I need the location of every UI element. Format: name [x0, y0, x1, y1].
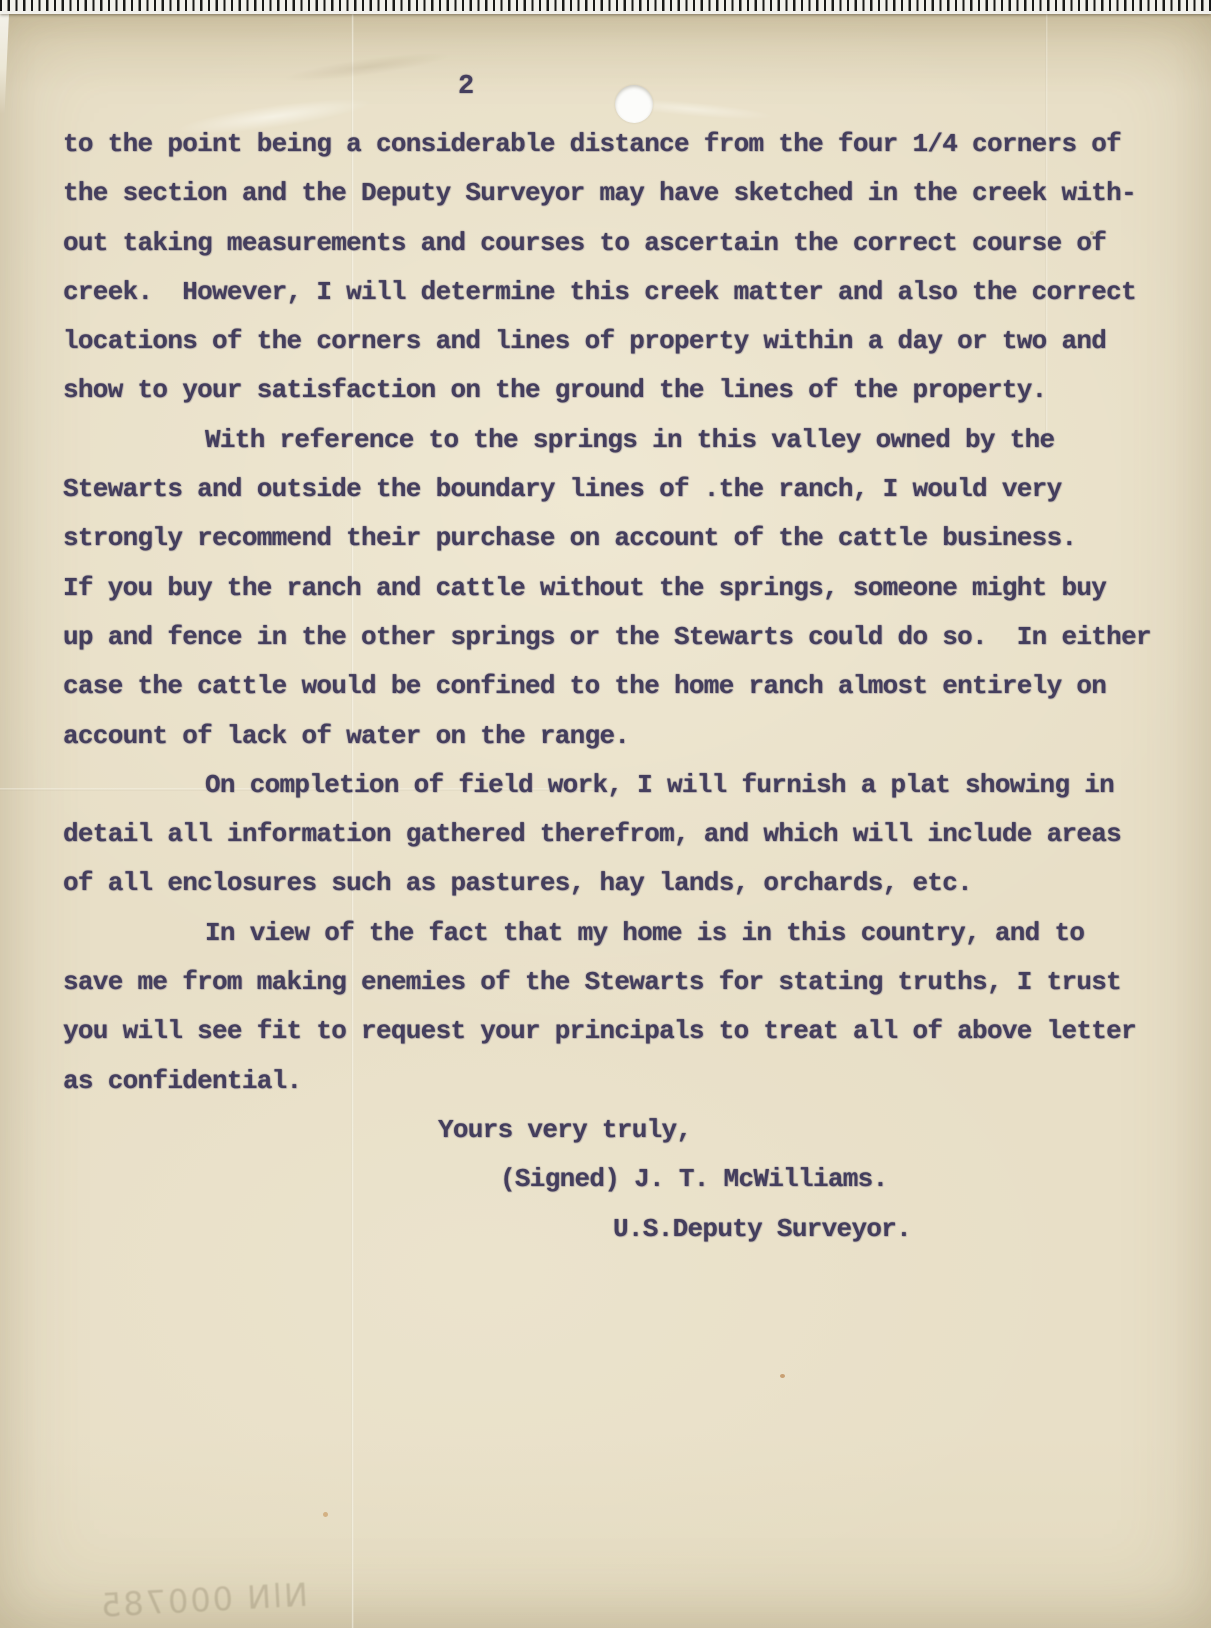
letter-line: show to your satisfaction on the ground … — [63, 366, 1153, 415]
letter-line: as confidential. — [63, 1057, 1153, 1106]
letter-line: account of lack of water on the range. — [63, 712, 1153, 761]
letter-line: of all enclosures such as pastures, hay … — [63, 859, 1153, 908]
letter-line: you will see fit to request your princip… — [63, 1007, 1153, 1056]
letter-line: up and fence in the other springs or the… — [63, 613, 1153, 662]
letter-line: out taking measurements and courses to a… — [63, 219, 1153, 268]
paper-sheet: 2 to the point being a considerable dist… — [0, 14, 1211, 1628]
scanned-letter-page: 2 to the point being a considerable dist… — [0, 0, 1211, 1628]
letter-line: On completion of field work, I will furn… — [63, 761, 1153, 810]
letter-body: to the point being a considerable distan… — [63, 120, 1153, 1254]
page-number: 2 — [458, 72, 474, 102]
signature-line: (Signed) J. T. McWilliams. — [63, 1155, 1153, 1204]
pencil-bleedthrough-number: NlN 000785 — [67, 1576, 309, 1627]
letter-line: to the point being a considerable distan… — [63, 120, 1153, 169]
letter-line: In view of the fact that my home is in t… — [63, 909, 1153, 958]
letter-line: detail all information gathered therefro… — [63, 810, 1153, 859]
letter-line: the section and the Deputy Surveyor may … — [63, 169, 1153, 218]
letter-line: save me from making enemies of the Stewa… — [63, 958, 1153, 1007]
letter-line: If you buy the ranch and cattle without … — [63, 564, 1153, 613]
scanner-edge-sliver — [0, 14, 9, 114]
paper-speck — [780, 1374, 785, 1378]
signature-title-line: U.S.Deputy Surveyor. — [63, 1205, 1153, 1254]
scanner-ruler-strip — [0, 0, 1211, 14]
letter-line: locations of the corners and lines of pr… — [63, 317, 1153, 366]
closing-line: Yours very truly, — [63, 1106, 1153, 1155]
letter-line: case the cattle would be confined to the… — [63, 662, 1153, 711]
letter-line: strongly recommend their purchase on acc… — [63, 514, 1153, 563]
paper-speck — [323, 1512, 328, 1517]
hole-punch — [615, 85, 653, 123]
letter-line: Stewarts and outside the boundary lines … — [63, 465, 1153, 514]
letter-line: With reference to the springs in this va… — [63, 416, 1153, 465]
letter-line: creek. However, I will determine this cr… — [63, 268, 1153, 317]
